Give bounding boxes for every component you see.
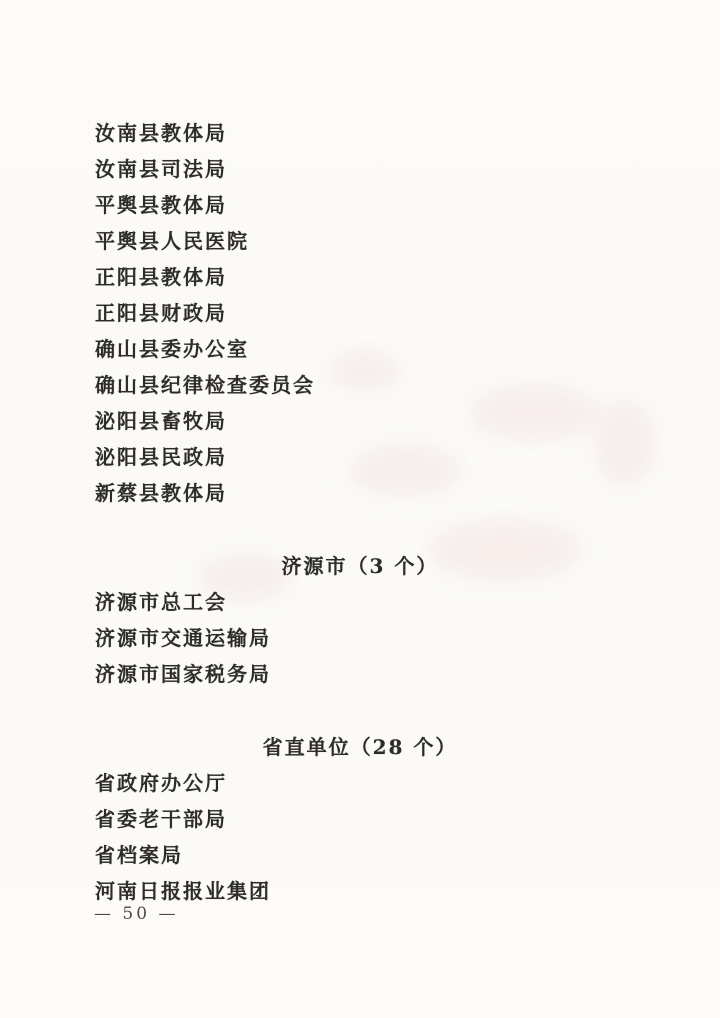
list-item: 省委老干部局	[0, 801, 720, 837]
section-heading: 济源市（3 个）	[0, 548, 720, 584]
blank-line	[0, 692, 720, 729]
list-item: 泌阳县民政局	[0, 439, 720, 475]
section-heading: 省直单位（28 个）	[0, 729, 720, 765]
list-item: 泌阳县畜牧局	[0, 403, 720, 439]
page-number: — 50 —	[94, 901, 178, 927]
list-item: 新蔡县教体局	[0, 475, 720, 511]
list-item: 汝南县司法局	[0, 151, 720, 187]
list-item: 确山县委办公室	[0, 331, 720, 367]
list-item: 省档案局	[0, 837, 720, 873]
list-item: 正阳县财政局	[0, 295, 720, 331]
scanned-document-page: 汝南县教体局汝南县司法局平舆县教体局平舆县人民医院正阳县教体局正阳县财政局确山县…	[0, 0, 720, 1018]
list-item: 汝南县教体局	[0, 115, 720, 151]
list-item: 济源市总工会	[0, 584, 720, 620]
list-item: 正阳县教体局	[0, 259, 720, 295]
list-item: 济源市交通运输局	[0, 620, 720, 656]
blank-line	[0, 511, 720, 548]
list-item: 平舆县人民医院	[0, 223, 720, 259]
list-item: 平舆县教体局	[0, 187, 720, 223]
list-item: 确山县纪律检查委员会	[0, 367, 720, 403]
list-item: 济源市国家税务局	[0, 656, 720, 692]
list-item: 省政府办公厅	[0, 765, 720, 801]
document-body: 汝南县教体局汝南县司法局平舆县教体局平舆县人民医院正阳县教体局正阳县财政局确山县…	[0, 115, 720, 909]
